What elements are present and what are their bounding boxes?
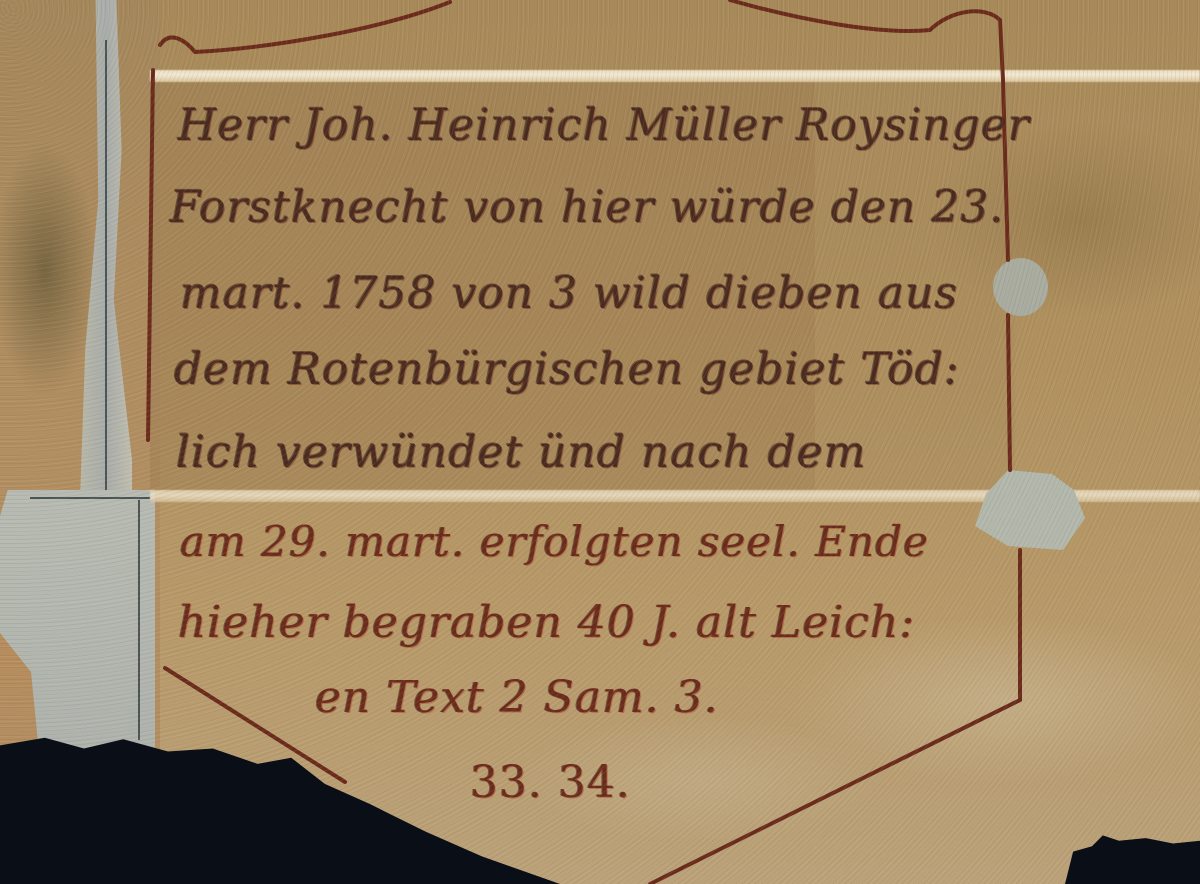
inscription-line: en Text 2 Sam. 3. [315, 672, 719, 723]
inscription-line: am 29. mart. erfolgten seel. Ende [180, 517, 929, 566]
inscription-line: 33. 34. [470, 757, 631, 808]
inscription-line: dem Rotenbürgischen gebiet Töd: [174, 344, 960, 395]
inscription-line: lich verwündet ünd nach dem [176, 427, 867, 478]
inscription-line: hieher begraben 40 J. alt Leich: [178, 597, 915, 648]
inscription-line: Herr Joh. Heinrich Müller Roysinger [178, 100, 1030, 151]
inscription-line: mart. 1758 von 3 wild dieben aus [180, 268, 958, 319]
photo-scene: Herr Joh. Heinrich Müller Roysinger Fors… [0, 0, 1200, 884]
inscription-line: Forstknecht von hier würde den 23. [170, 182, 1004, 233]
